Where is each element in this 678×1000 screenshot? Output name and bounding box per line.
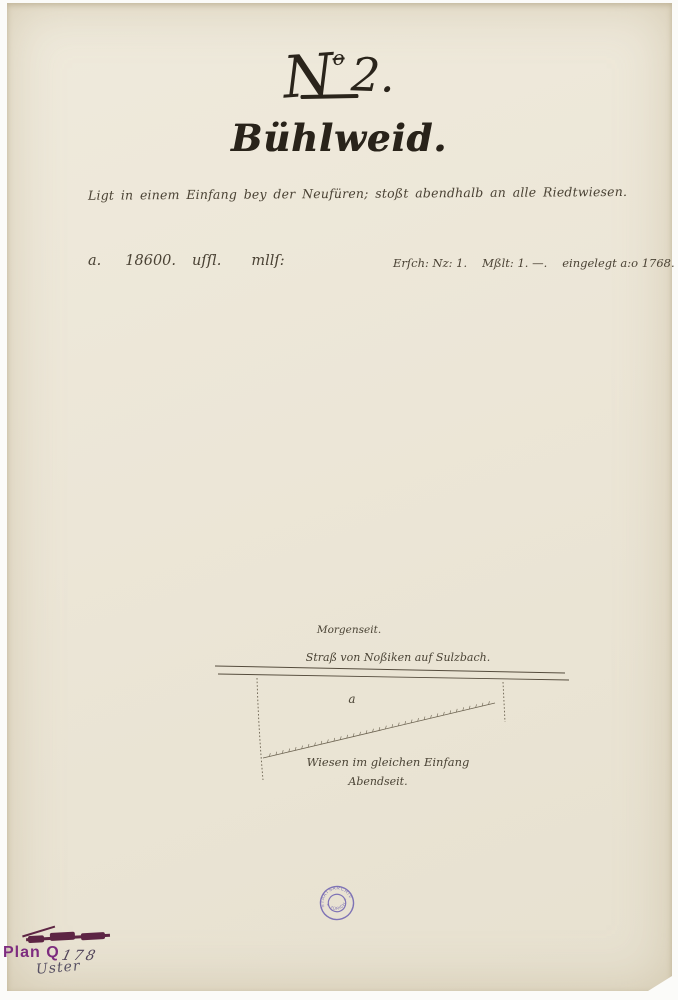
catalogue-signature: Plan Q 178 [3, 944, 97, 962]
measurement-left: a. 18600. uſſl. mllſ: [88, 253, 285, 269]
orientation-bottom-label: Abendseit. [347, 775, 407, 788]
parcel-right-edge [503, 682, 505, 722]
parcel-hatching [269, 701, 489, 756]
title-number: 2. [351, 49, 397, 101]
plan-title: N o 2. [0, 50, 678, 102]
measurement-right: Erſch: Nz: 1. Mßlt: 1. —. eingelegt a:o … [393, 256, 675, 270]
title-letter-o: o [331, 45, 345, 70]
plan-series-stamp: Plan Q [3, 944, 60, 962]
plan-number-abbrev: N o [281, 48, 333, 103]
scanned-plan-page: N o 2. Bühlweid. Ligt in einem Einfang b… [0, 0, 678, 1000]
adjacent-field-label: Wiesen im gleichen Einfang [307, 755, 470, 769]
area-value: 18600. [125, 253, 176, 269]
unit-1: uſſl. [192, 253, 221, 269]
road-label: Straß von Noßiken auf Sulzbach. [306, 651, 490, 664]
reference-1: Erſch: Nz: 1. [393, 256, 467, 270]
unit-2: mllſ: [251, 253, 284, 269]
parcel-letter: a [348, 692, 355, 706]
parcel-left-edge [257, 678, 263, 780]
road-line-bottom [218, 674, 569, 680]
parcel-name-heading: Bühlweid. [0, 116, 678, 160]
road-line-top [215, 666, 565, 673]
survey-sketch: Morgenseit. Straß von Noßiken auf Sulzba… [170, 616, 670, 806]
reference-2: Mßlt: 1. —. [482, 256, 547, 270]
title-letter-n: N [280, 40, 333, 111]
reference-3: eingelegt a:o 1768. [562, 256, 674, 270]
item-letter: a. [88, 253, 101, 269]
orientation-top-label: Morgenseit. [316, 624, 381, 636]
